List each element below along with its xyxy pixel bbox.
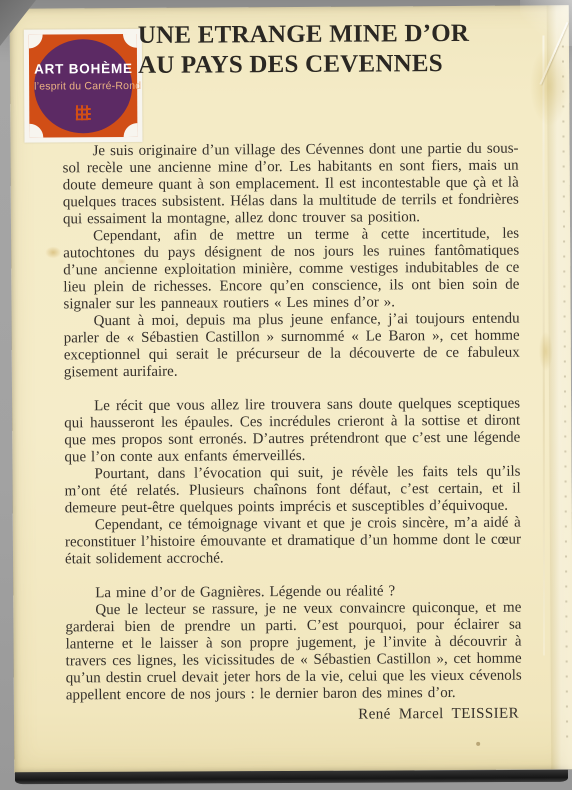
text-section-1: Je suis originaire d’un village des Céve… — [62, 141, 519, 382]
back-cover-text: Je suis originaire d’un village des Céve… — [62, 141, 521, 705]
paragraph: Pourtant, dans l’évocation qui suit, je … — [64, 464, 520, 518]
paragraph: Que le lecteur se rassure, je ne veux co… — [65, 600, 522, 705]
paper-crease-vertical — [542, 35, 545, 655]
book-pages-edge-shadow — [15, 770, 568, 784]
paragraph: Le récit que vous allez lire trouvera sa… — [64, 396, 520, 467]
book-title: UNE ETRANGE MINE D’OR AU PAYS DES CEVENN… — [138, 19, 438, 81]
grid-icon — [76, 105, 91, 120]
publisher-logo: ART BOHÈME l’esprit du Carré-Rond — [24, 29, 143, 143]
author-name: René Marcel TEISSIER — [358, 706, 519, 724]
paragraph: Je suis originaire d’un village des Céve… — [62, 141, 519, 229]
paragraph: Cependant, afin de mettre un terme à cet… — [63, 226, 520, 314]
book-title-line2: AU PAYS DES CEVENNES — [138, 49, 438, 81]
paragraph: Quant à moi, depuis ma plus jeune enfanc… — [64, 311, 520, 382]
paper-right-edge — [547, 5, 572, 769]
paper-stain — [45, 246, 61, 258]
text-section-3: La mine d’or de Gagnières. Légende ou ré… — [65, 583, 522, 705]
paragraph: Cependant, ce témoignage vivant et que j… — [65, 515, 521, 569]
logo-circle: ART BOHÈME l’esprit du Carré-Rond — [34, 38, 133, 133]
book-back-cover: ART BOHÈME l’esprit du Carré-Rond UNE ET… — [10, 5, 572, 772]
scanner-background: ART BOHÈME l’esprit du Carré-Rond UNE ET… — [0, 0, 572, 790]
paper-stain — [476, 742, 480, 746]
logo-carre-rond-shape: ART BOHÈME l’esprit du Carré-Rond — [29, 34, 138, 138]
logo-subtitle: l’esprit du Carré-Rond — [34, 79, 132, 92]
book-title-line1: UNE ETRANGE MINE D’OR — [138, 19, 438, 51]
corner-fold-highlight — [520, 0, 572, 46]
logo-title: ART BOHÈME — [34, 60, 132, 76]
text-section-2: Le récit que vous allez lire trouvera sa… — [64, 396, 521, 569]
